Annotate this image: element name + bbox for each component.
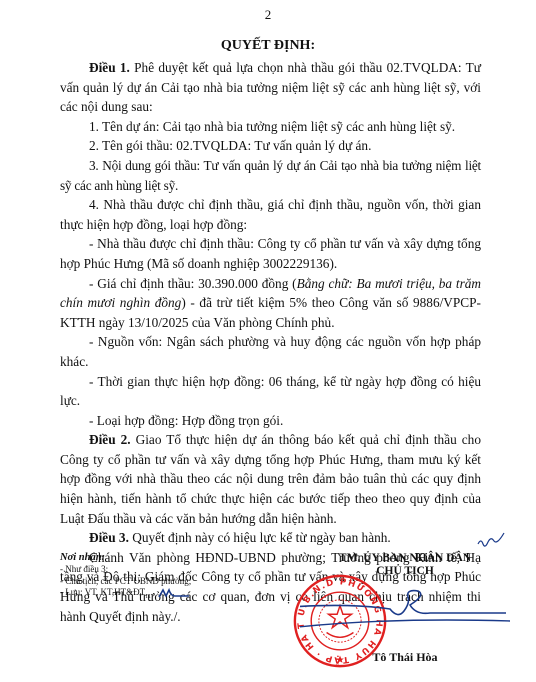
article-1-label: Điều 1. <box>89 60 130 75</box>
signer-name: Tô Thái Hòa <box>300 650 510 665</box>
initial-mark-icon <box>476 532 506 550</box>
initial-mark-icon <box>157 587 191 599</box>
article-1: Điều 1. Phê duyệt kết quả lựa chọn nhà t… <box>60 58 481 117</box>
article-1-item-3: 3. Nội dung gói thầu: Tư vấn quản lý dự … <box>60 156 481 195</box>
funding-line: - Nguồn vốn: Ngân sách phường và huy độn… <box>60 332 481 371</box>
document-heading: QUYẾT ĐỊNH: <box>0 38 536 54</box>
article-1-item-4: 4. Nhà thầu được chỉ định thầu, giá chỉ … <box>60 195 481 234</box>
article-3: Điều 3. Quyết định này có hiệu lực kể từ… <box>60 528 481 548</box>
recipient-item: - Lưu: VT, KT,HT&ĐT11. <box>60 587 191 603</box>
article-3-text: Quyết định này có hiệu lực kể từ ngày ba… <box>129 530 391 545</box>
price-prefix: - Giá chỉ định thầu: 30.390.000 đồng ( <box>89 276 297 291</box>
handwritten-signature-icon <box>300 585 510 645</box>
article-1-item-2: 2. Tên gói thầu: 02.TVQLDA: Tư vấn quản … <box>60 136 481 156</box>
duration-line: - Thời gian thực hiện hợp đồng: 06 tháng… <box>60 372 481 411</box>
recipient-item: - Chủ tịch, các PCT UBND phường; <box>60 576 191 588</box>
document-body: Điều 1. Phê duyệt kết quả lựa chọn nhà t… <box>60 58 481 626</box>
article-2-label: Điều 2. <box>89 432 131 447</box>
contract-type-line: - Loại hợp đồng: Hợp đồng trọn gói. <box>60 411 481 431</box>
article-3-label: Điều 3. <box>89 530 129 545</box>
price-line: - Giá chỉ định thầu: 30.390.000 đồng (Bằ… <box>60 274 481 333</box>
article-2: Điều 2. Giao Tổ thực hiện dự án thông bá… <box>60 430 481 528</box>
article-1-item-1: 1. Tên dự án: Cải tạo nhà bia tưởng niệm… <box>60 117 481 137</box>
recipients-block: Nơi nhận: - Như điều 3; - Chủ tịch, các … <box>60 551 191 603</box>
recipients-title: Nơi nhận: <box>60 551 191 564</box>
recipient-item: - Như điều 3; <box>60 564 191 576</box>
contractor-line: - Nhà thầu được chỉ định thầu: Công ty c… <box>60 234 481 273</box>
page-number: 2 <box>0 7 536 23</box>
on-behalf-label: TM. ỦY BAN NHÂN DÂN <box>300 552 510 565</box>
recipient-archive: - Lưu: VT, KT,HT&ĐT <box>60 587 145 597</box>
recipient-suffix: . <box>151 587 153 597</box>
